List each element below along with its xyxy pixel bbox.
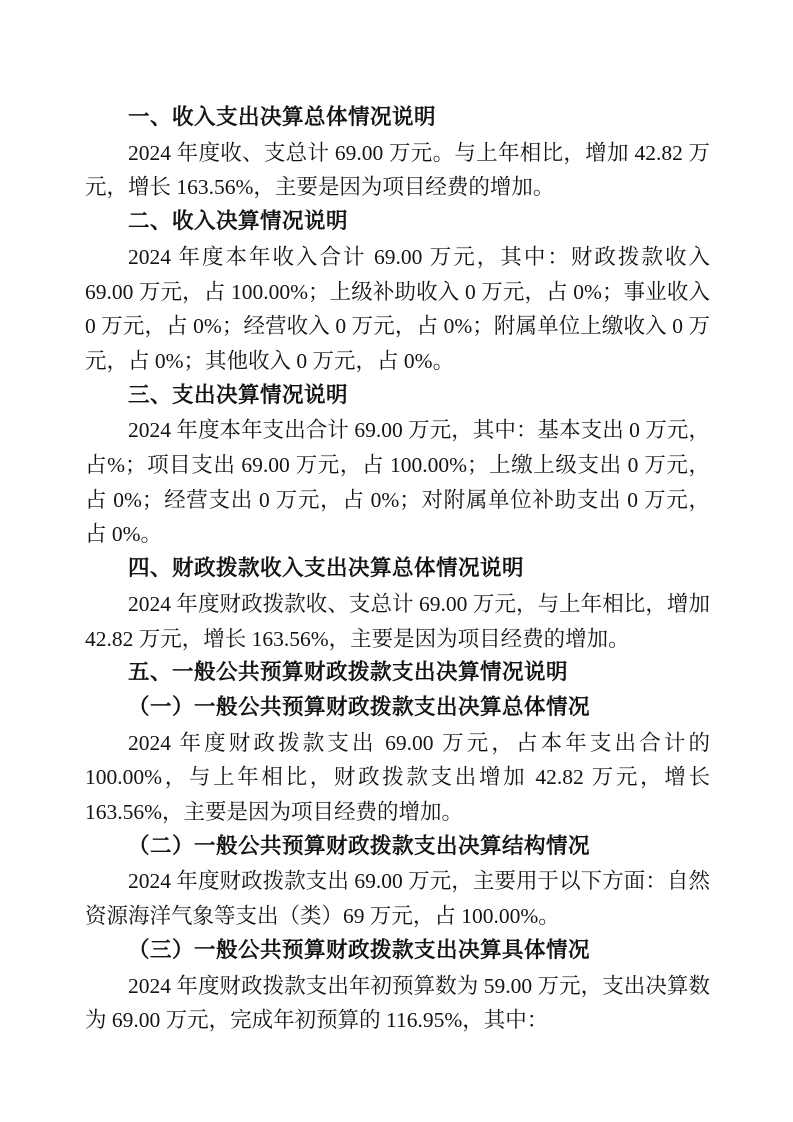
section-4-paragraph: 2024 年度财政拨款收、支总计 69.00 万元，与上年相比，增加 42.82… [85,587,710,656]
section-5-sub-1-paragraph: 2024 年度财政拨款支出 69.00 万元，占本年支出合计的 100.00%，… [85,726,710,830]
section-3-paragraph: 2024 年度本年支出合计 69.00 万元，其中：基本支出 0 万元，占%；项… [85,413,710,552]
section-5-sub-3-heading: （三）一般公共预算财政拨款支出决算具体情况 [85,934,710,969]
section-5-sub-2-paragraph: 2024 年度财政拨款支出 69.00 万元，主要用于以下方面：自然资源海洋气象… [85,864,710,933]
section-2-paragraph: 2024 年度本年收入合计 69.00 万元，其中：财政拨款收入 69.00 万… [85,240,710,379]
section-1-heading: 一、收入支出决算总体情况说明 [85,101,710,136]
section-2-heading: 二、收入决算情况说明 [85,205,710,240]
document-body: 一、收入支出决算总体情况说明 2024 年度收、支总计 69.00 万元。与上年… [85,101,710,1038]
section-5-sub-3-paragraph: 2024 年度财政拨款支出年初预算数为 59.00 万元，支出决算数为 69.0… [85,969,710,1038]
section-5-sub-1-heading: （一）一般公共预算财政拨款支出决算总体情况 [85,691,710,726]
document-page: 一、收入支出决算总体情况说明 2024 年度收、支总计 69.00 万元。与上年… [0,0,793,1122]
section-3-heading: 三、支出决算情况说明 [85,379,710,414]
section-5-sub-2-heading: （二）一般公共预算财政拨款支出决算结构情况 [85,830,710,865]
section-1-paragraph: 2024 年度收、支总计 69.00 万元。与上年相比，增加 42.82 万元，… [85,136,710,205]
section-5-heading: 五、一般公共预算财政拨款支出决算情况说明 [85,656,710,691]
section-4-heading: 四、财政拨款收入支出决算总体情况说明 [85,552,710,587]
